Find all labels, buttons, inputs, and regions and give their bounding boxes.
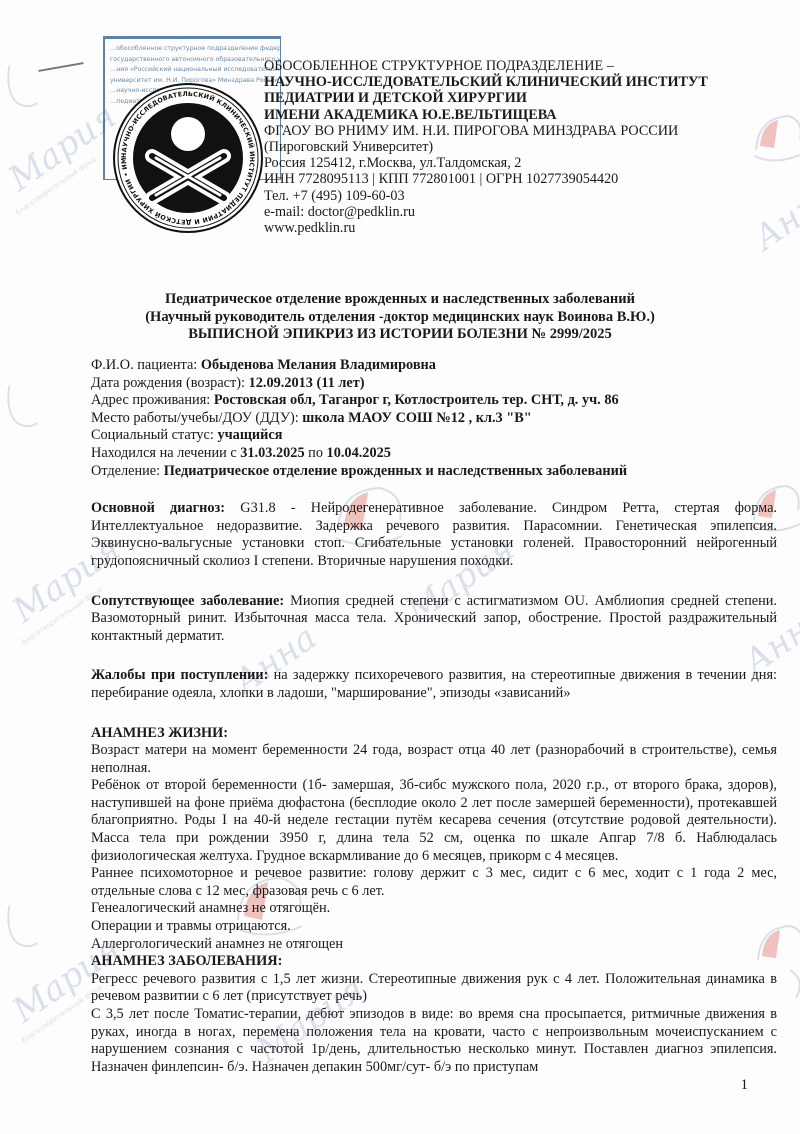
patient-status: учащийся (217, 427, 282, 443)
supervisor-line: (Научный руководитель отделения -доктор … (80, 309, 720, 327)
stay-from: 31.03.2025 (240, 445, 304, 461)
patient-address-field: Адрес проживания: Ростовская обл, Таганр… (91, 392, 777, 410)
patient-dob-field: Дата рождения (возраст): 12.09.2013 (11 … (91, 375, 777, 393)
comorbid-diagnosis: Сопутствующее заболевание: Миопия средне… (91, 593, 777, 646)
patient-dob: 12.09.2013 (11 лет) (249, 375, 365, 391)
life-history-heading: АНАМНЕЗ ЖИЗНИ: (91, 725, 777, 743)
main-diagnosis: Основной диагноз: G31.8 - Нейродегенерат… (91, 500, 777, 570)
patient-address: Ростовская обл, Таганрог г, Котлостроите… (214, 392, 619, 408)
institute-header: ОБОСОБЛЕННОЕ СТРУКТУРНОЕ ПОДРАЗДЕЛЕНИЕ –… (264, 58, 784, 236)
life-history-paragraph: Раннее психомоторное и речевое развитие:… (91, 865, 777, 900)
admission-complaints: Жалобы при поступлении: на задержку псих… (91, 667, 777, 702)
patient-name: Обыденова Мелания Владимировна (201, 357, 436, 373)
pen-mark (38, 62, 84, 72)
stay-to: 10.04.2025 (327, 445, 391, 461)
patient-school: школа МАОУ СОШ №12 , кл.3 "В" (302, 410, 531, 426)
document-title: ВЫПИСНОЙ ЭПИКРИЗ ИЗ ИСТОРИИ БОЛЕЗНИ № 29… (80, 326, 720, 344)
institute-name: ИМЕНИ АКАДЕМИКА Ю.Е.ВЕЛЬТИЩЕВА (264, 107, 784, 123)
life-history-paragraph: Аллергологический анамнез не отягощен (91, 936, 777, 954)
institute-subtitle: (Пироговский Университет) (264, 139, 784, 155)
document-titles: Педиатрическое отделение врожденных и на… (80, 291, 720, 344)
institute-name: НАУЧНО-ИССЛЕДОВАТЕЛЬСКИЙ КЛИНИЧЕСКИЙ ИНС… (264, 74, 784, 90)
disease-history-paragraph: Регресс речевого развития с 1,5 лет жизн… (91, 971, 777, 1006)
disease-history-paragraph: С 3,5 лет после Томатис-терапии, дебют э… (91, 1006, 777, 1076)
life-history-paragraph: Операции и травмы отрицаются. (91, 918, 777, 936)
institute-seal-logo-icon: НАУЧНО-ИССЛЕДОВАТЕЛЬСКИЙ КЛИНИЧЕСКИЙ ИНС… (112, 82, 264, 234)
institute-address: Россия 125412, г.Москва, ул.Талдомская, … (264, 155, 784, 171)
watermark-logo-icon (0, 900, 56, 956)
patient-school-field: Место работы/учебы/ДОУ (ДДУ): школа МАОУ… (91, 410, 777, 428)
watermark-caption: благотворительный фонд (14, 155, 97, 217)
document-page: Мария благотворительный фонд Анна Мария … (0, 0, 800, 1134)
watermark-logo-icon (0, 380, 56, 436)
life-history-paragraph: Возраст матери на момент беременности 24… (91, 742, 777, 777)
patient-department-field: Отделение: Педиатрическое отделение врож… (91, 463, 777, 481)
patient-stay-field: Находился на лечении с 31.03.2025 по 10.… (91, 445, 777, 463)
patient-department: Педиатрическое отделение врожденных и на… (164, 463, 627, 479)
institute-phone: Тел. +7 (495) 109-60-03 (264, 188, 784, 204)
institute-line: ОБОСОБЛЕННОЕ СТРУКТУРНОЕ ПОДРАЗДЕЛЕНИЕ – (264, 58, 784, 74)
patient-status-field: Социальный статус: учащийся (91, 427, 777, 445)
document-body: Ф.И.О. пациента: Обыденова Мелания Влади… (91, 357, 777, 1076)
department-title: Педиатрическое отделение врожденных и на… (80, 291, 720, 309)
page-number: 1 (741, 1077, 749, 1094)
patient-name-field: Ф.И.О. пациента: Обыденова Мелания Влади… (91, 357, 777, 375)
institute-email: e-mail: doctor@pedklin.ru (264, 204, 784, 220)
institute-website: www.pedklin.ru (264, 220, 784, 236)
institute-ids: ИНН 7728095113 | КПП 772801001 | ОГРН 10… (264, 171, 784, 187)
disease-history-heading: АНАМНЕЗ ЗАБОЛЕВАНИЯ: (91, 953, 777, 971)
life-history-paragraph: Генеалогический анамнез не отягощён. (91, 900, 777, 918)
institute-parent: ФГАОУ ВО РНИМУ ИМ. Н.И. ПИРОГОВА МИНЗДРА… (264, 123, 784, 139)
life-history-paragraph: Ребёнок от второй беременности (1б- заме… (91, 777, 777, 865)
institute-name: ПЕДИАТРИИ И ДЕТСКОЙ ХИРУРГИИ (264, 90, 784, 106)
